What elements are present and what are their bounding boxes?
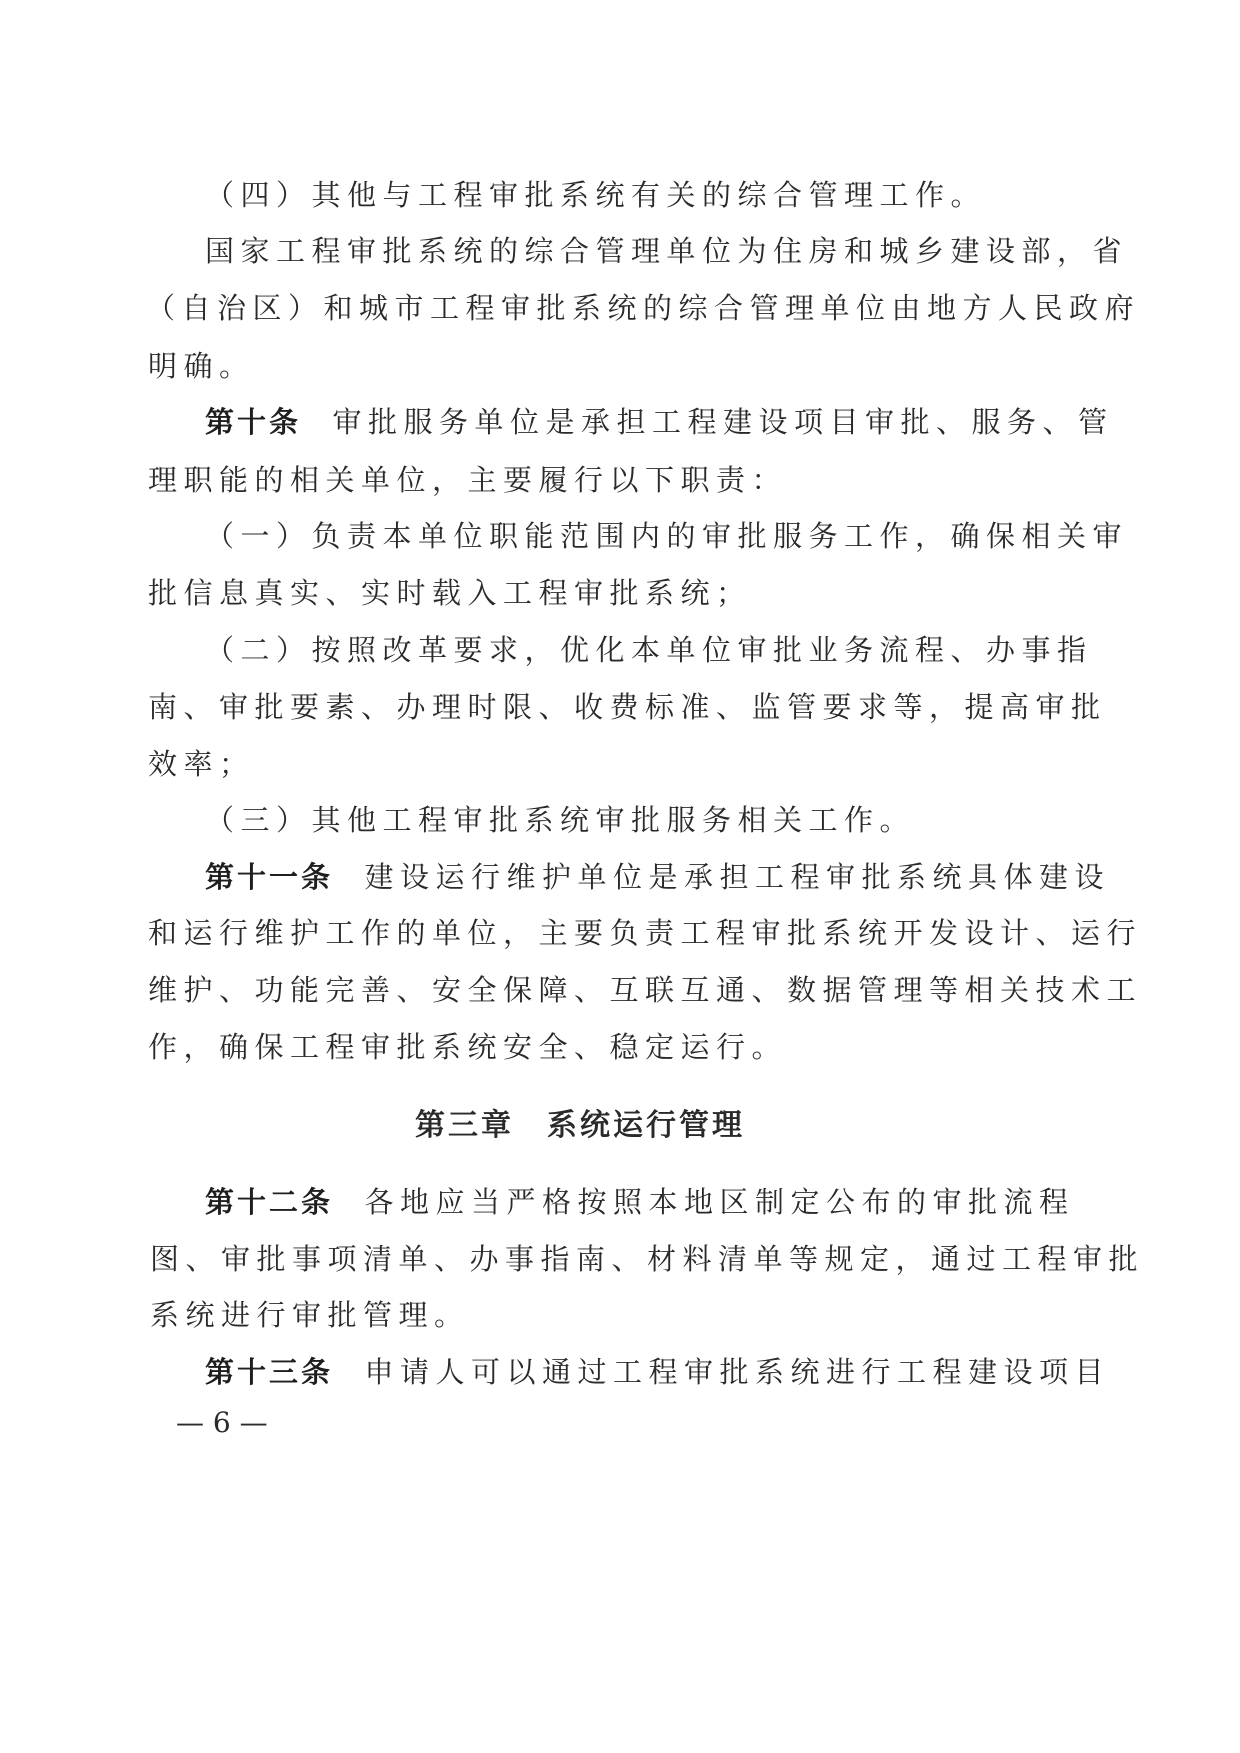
paragraph-line: （四）其他与工程审批系统有关的综合管理工作。 xyxy=(205,178,986,212)
paragraph-line: 和运行维护工作的单位，主要负责工程审批系统开发设计、运行 xyxy=(148,916,1142,950)
article-12: 第十二条 各地应当严格按照本地区制定公布的审批流程 xyxy=(205,1185,1074,1219)
article-10: 第十条 审批服务单位是承担工程建设项目审批、服务、管 xyxy=(205,405,1113,439)
page-number: — 6 — xyxy=(176,1406,268,1439)
line-text: （二）按照改革要求，优化本单位审批业务流程、办事指 xyxy=(205,633,1093,667)
line-text: 理职能的相关单位，主要履行以下职责： xyxy=(148,463,787,497)
line-text: 维护、功能完善、安全保障、互联互通、数据管理等相关技术工 xyxy=(148,973,1142,1007)
paragraph-line: 南、审批要素、办理时限、收费标准、监管要求等，提高审批 xyxy=(148,690,1107,724)
paragraph-line: （自治区）和城市工程审批系统的综合管理单位由地方人民政府 xyxy=(146,291,1140,325)
chapter-heading: 第三章 系统运行管理 xyxy=(415,1100,745,1144)
line-text: 审批服务单位是承担工程建设项目审批、服务、管 xyxy=(332,405,1113,439)
line-text: 南、审批要素、办理时限、收费标准、监管要求等，提高审批 xyxy=(148,690,1107,724)
paragraph-line: 维护、功能完善、安全保障、互联互通、数据管理等相关技术工 xyxy=(148,973,1142,1007)
line-text: 明确。 xyxy=(148,349,255,383)
line-text: 国家工程审批系统的综合管理单位为住房和城乡建设部，省 xyxy=(205,234,1128,268)
paragraph-line: 作，确保工程审批系统安全、稳定运行。 xyxy=(148,1030,787,1064)
line-text: （四）其他与工程审批系统有关的综合管理工作。 xyxy=(205,178,986,212)
line-text: 建设运行维护单位是承担工程审批系统具体建设 xyxy=(364,860,1110,894)
paragraph-line: （三）其他工程审批系统审批服务相关工作。 xyxy=(205,803,915,837)
article-label: 第十三条 xyxy=(205,1355,333,1389)
line-text: 和运行维护工作的单位，主要负责工程审批系统开发设计、运行 xyxy=(148,916,1142,950)
paragraph-line: 明确。 xyxy=(148,349,255,383)
line-text: 系统进行审批管理。 xyxy=(150,1298,470,1332)
article-label: 第十二条 xyxy=(205,1185,333,1219)
line-text: 批信息真实、实时载入工程审批系统； xyxy=(148,576,752,610)
paragraph-line: 国家工程审批系统的综合管理单位为住房和城乡建设部，省 xyxy=(205,234,1128,268)
paragraph-line: （一）负责本单位职能范围内的审批服务工作，确保相关审 xyxy=(205,519,1128,553)
line-text: 各地应当严格按照本地区制定公布的审批流程 xyxy=(364,1185,1074,1219)
line-text: 作，确保工程审批系统安全、稳定运行。 xyxy=(148,1030,787,1064)
article-label: 第十条 xyxy=(205,405,301,439)
line-text: （自治区）和城市工程审批系统的综合管理单位由地方人民政府 xyxy=(146,291,1140,325)
paragraph-line: 图、审批事项清单、办事指南、材料清单等规定，通过工程审批 xyxy=(150,1242,1144,1276)
line-text: 效率； xyxy=(148,747,255,781)
paragraph-line: （二）按照改革要求，优化本单位审批业务流程、办事指 xyxy=(205,633,1093,667)
article-label: 第十一条 xyxy=(205,860,333,894)
line-text: 图、审批事项清单、办事指南、材料清单等规定，通过工程审批 xyxy=(150,1242,1144,1276)
line-text: （一）负责本单位职能范围内的审批服务工作，确保相关审 xyxy=(205,519,1128,553)
line-text: 申请人可以通过工程审批系统进行工程建设项目 xyxy=(364,1355,1110,1389)
article-11: 第十一条 建设运行维护单位是承担工程审批系统具体建设 xyxy=(205,860,1110,894)
article-13: 第十三条 申请人可以通过工程审批系统进行工程建设项目 xyxy=(205,1355,1110,1389)
line-text: （三）其他工程审批系统审批服务相关工作。 xyxy=(205,803,915,837)
paragraph-line: 系统进行审批管理。 xyxy=(150,1298,470,1332)
paragraph-line: 批信息真实、实时载入工程审批系统； xyxy=(148,576,752,610)
paragraph-line: 理职能的相关单位，主要履行以下职责： xyxy=(148,463,787,497)
paragraph-line: 效率； xyxy=(148,747,255,781)
